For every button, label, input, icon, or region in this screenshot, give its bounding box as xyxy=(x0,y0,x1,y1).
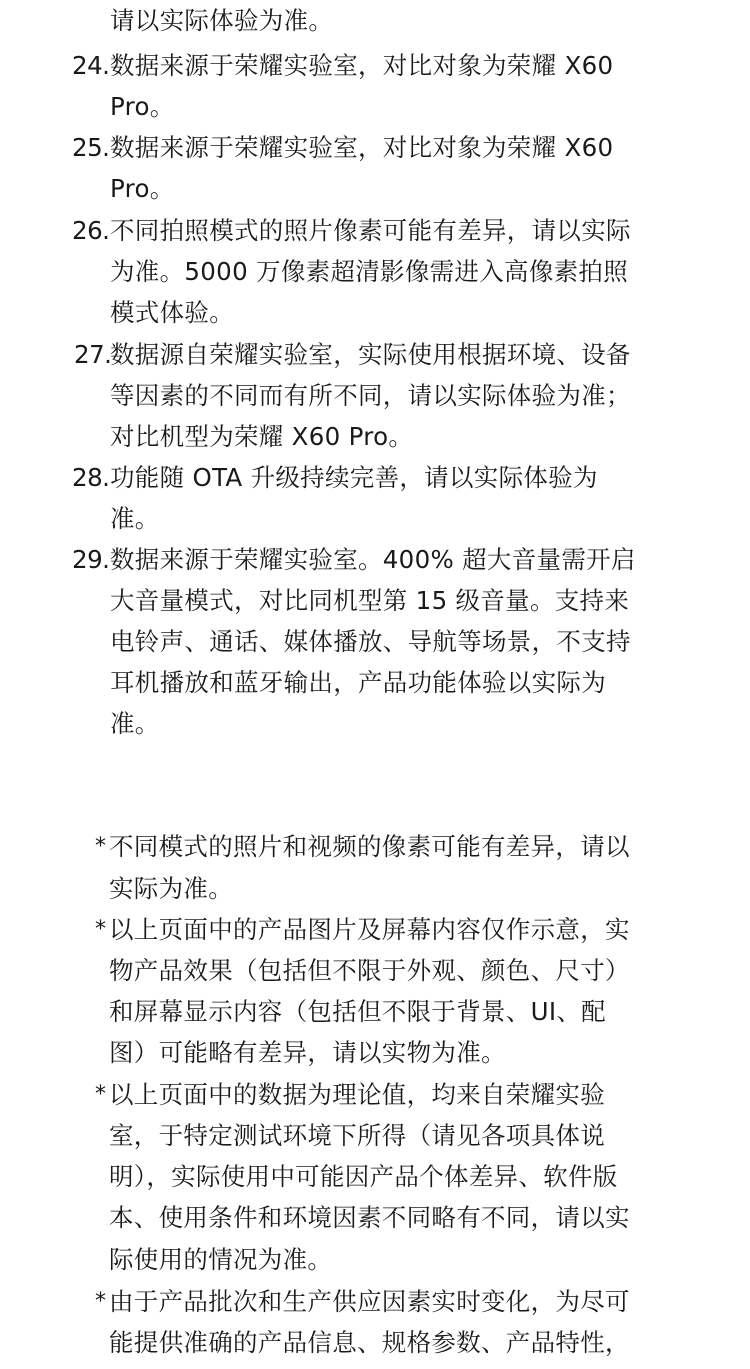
footnote-28-line-2: 准。 xyxy=(110,504,160,534)
footnote-27-line-1: 数据源自荣耀实验室，实际使用根据环境、设备 xyxy=(110,340,631,370)
footnote-26-line-2: 为准。5000 万像素超清影像需进入高像素拍照 xyxy=(110,257,628,287)
note-1-line-2: 实际为准。 xyxy=(109,874,233,904)
footnote-25-line-1: 数据来源于荣耀实验室，对比对象为荣耀 X60 xyxy=(110,133,613,163)
note-3-asterisk: * xyxy=(95,1080,106,1110)
note-2-line-4: 图）可能略有差异，请以实物为准。 xyxy=(109,1038,506,1068)
footnote-27-line-3: 对比机型为荣耀 X60 Pro。 xyxy=(110,422,413,452)
note-2-line-1: 以上页面中的产品图片及屏幕内容仅作示意，实 xyxy=(109,915,630,945)
footnote-27-line-2: 等因素的不同而有所不同，请以实际体验为准； xyxy=(110,381,631,411)
note-2-line-3: 和屏幕显示内容（包括但不限于背景、UI、配 xyxy=(109,997,606,1027)
note-3-line-5: 际使用的情况为准。 xyxy=(109,1245,332,1275)
note-3-line-3: 明），实际使用中可能因产品个体差异、软件版 xyxy=(109,1162,618,1192)
footnote-25-line-2: Pro。 xyxy=(110,174,175,204)
footnote-27-number: 27. xyxy=(74,340,111,370)
footnote-26-line-3: 模式体验。 xyxy=(110,298,234,328)
footnote-28-line-1: 功能随 OTA 升级持续完善，请以实际体验为 xyxy=(110,463,598,493)
note-2-line-2: 物产品效果（包括但不限于外观、颜色、尺寸） xyxy=(109,956,630,986)
footnote-29-number: 29. xyxy=(72,545,109,575)
note-4-asterisk: * xyxy=(95,1287,106,1317)
note-4-line-1: 由于产品批次和生产供应因素实时变化，为尽可 xyxy=(109,1287,630,1317)
footnote-29-line-3: 电铃声、通话、媒体播放、导航等场景，不支持 xyxy=(110,627,631,657)
footnote-26-line-1: 不同拍照模式的照片像素可能有差异，请以实际 xyxy=(110,216,631,246)
note-3-line-1: 以上页面中的数据为理论值，均来自荣耀实验 xyxy=(109,1080,605,1110)
footnote-24-number: 24. xyxy=(72,51,109,81)
note-3-line-2: 室，于特定测试环境下所得（请见各项具体说 xyxy=(109,1121,605,1151)
footnote-26-number: 26. xyxy=(72,216,109,246)
footnote-29-line-2: 大音量模式，对比同机型第 15 级音量。支持来 xyxy=(110,586,629,616)
note-4-line-2: 能提供准确的产品信息、规格参数、产品特性， xyxy=(109,1328,630,1358)
note-3-line-4: 本、使用条件和环境因素不同略有不同，请以实 xyxy=(109,1203,630,1233)
footnote-24-line-1: 数据来源于荣耀实验室，对比对象为荣耀 X60 xyxy=(110,51,613,81)
footnote-29-line-1: 数据来源于荣耀实验室。400% 超大音量需开启 xyxy=(110,545,636,575)
note-1-line-1: 不同模式的照片和视频的像素可能有差异，请以 xyxy=(109,832,630,862)
note-1-asterisk: * xyxy=(95,832,106,862)
note-2-asterisk: * xyxy=(95,915,106,945)
footnote-28-number: 28. xyxy=(72,463,109,493)
footnote-24-line-2: Pro。 xyxy=(110,92,175,122)
footnote-23-line-1: 请以实际体验为准。 xyxy=(110,6,333,36)
footnote-25-number: 25. xyxy=(72,133,109,163)
footnote-29-line-4: 耳机播放和蓝牙输出，产品功能体验以实际为 xyxy=(110,668,606,698)
footnote-29-line-5: 准。 xyxy=(110,709,160,739)
